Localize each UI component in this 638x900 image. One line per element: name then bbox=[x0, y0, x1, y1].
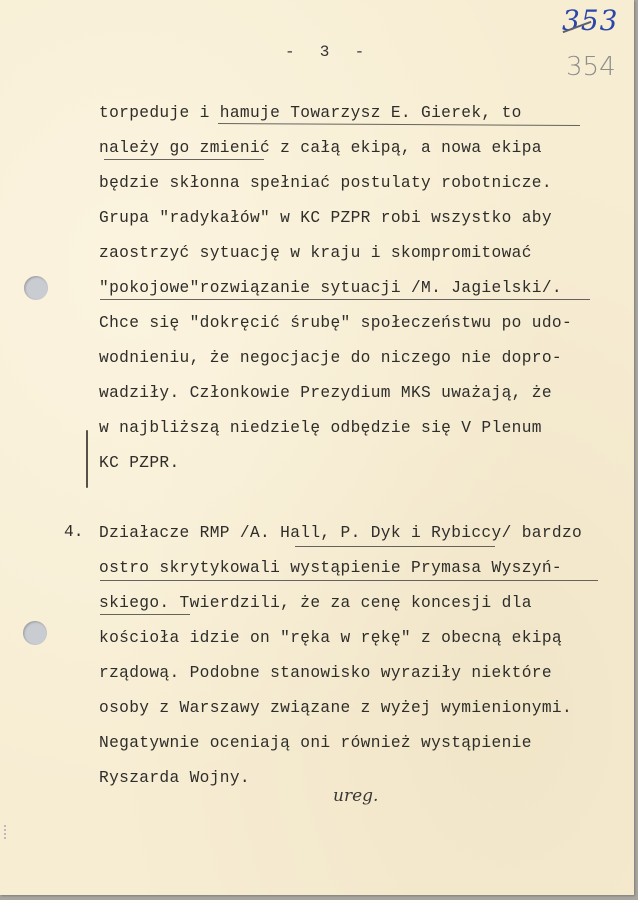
text-line: Chce się "dokręcić śrubę" społeczeństwu … bbox=[99, 313, 572, 333]
text-line: torpeduje i hamuje Towarzysz E. Gierek, … bbox=[99, 103, 522, 123]
text-line: KC PZPR. bbox=[99, 453, 180, 473]
text-line: osoby z Warszawy związane z wyżej wymien… bbox=[99, 698, 572, 718]
text-line: skiego. Twierdzili, że za cenę koncesji … bbox=[99, 593, 532, 613]
text-line: ostro skrytykowali wystąpienie Prymasa W… bbox=[99, 558, 562, 578]
text-line: zaostrzyć sytuację w kraju i skompromito… bbox=[99, 243, 532, 263]
text-line: wadziły. Członkowie Prezydium MKS uważaj… bbox=[99, 383, 552, 403]
handwritten-note: ureg. bbox=[333, 786, 378, 806]
edge-mark bbox=[4, 825, 12, 839]
text-line: Negatywnie oceniają oni również wystąpie… bbox=[99, 733, 532, 753]
text-line: Grupa "radykałów" w KC PZPR robi wszystk… bbox=[99, 208, 552, 228]
page-number: - 3 - bbox=[285, 43, 366, 61]
underline-mark bbox=[100, 614, 190, 615]
margin-mark bbox=[86, 430, 88, 488]
punch-hole-bottom bbox=[23, 621, 47, 645]
punch-hole-top bbox=[24, 276, 48, 300]
text-line: rządową. Podobne stanowisko wyraziły nie… bbox=[99, 663, 552, 683]
underline-mark bbox=[218, 123, 580, 126]
underline-mark bbox=[100, 580, 598, 581]
text-line: w najbliższą niedzielę odbędzie się V Pl… bbox=[99, 418, 542, 438]
text-line: Działacze RMP /A. Hall, P. Dyk i Rybiccy… bbox=[99, 523, 582, 543]
list-item-number: 4. bbox=[64, 523, 83, 541]
text-line: należy go zmienić z całą ekipą, a nowa e… bbox=[99, 138, 542, 158]
underline-mark bbox=[104, 159, 264, 160]
underline-mark bbox=[295, 546, 495, 547]
text-line: "pokojowe"rozwiązanie sytuacji /M. Jagie… bbox=[99, 278, 562, 298]
archive-number-crossed-out: 354 bbox=[566, 52, 616, 82]
text-line: Ryszarda Wojny. bbox=[99, 768, 250, 788]
text-line: będzie skłonna spełniać postulaty robotn… bbox=[99, 173, 552, 193]
underline-mark bbox=[100, 299, 590, 300]
text-line: kościoła idzie on "ręka w rękę" z obecną… bbox=[99, 628, 562, 648]
document-page: - 3 - 353 354 torpeduje i hamuje Towarzy… bbox=[0, 0, 634, 895]
text-line: wodnieniu, że negocjacje do niczego nie … bbox=[99, 348, 562, 368]
archive-number-current: 353 bbox=[562, 4, 618, 37]
